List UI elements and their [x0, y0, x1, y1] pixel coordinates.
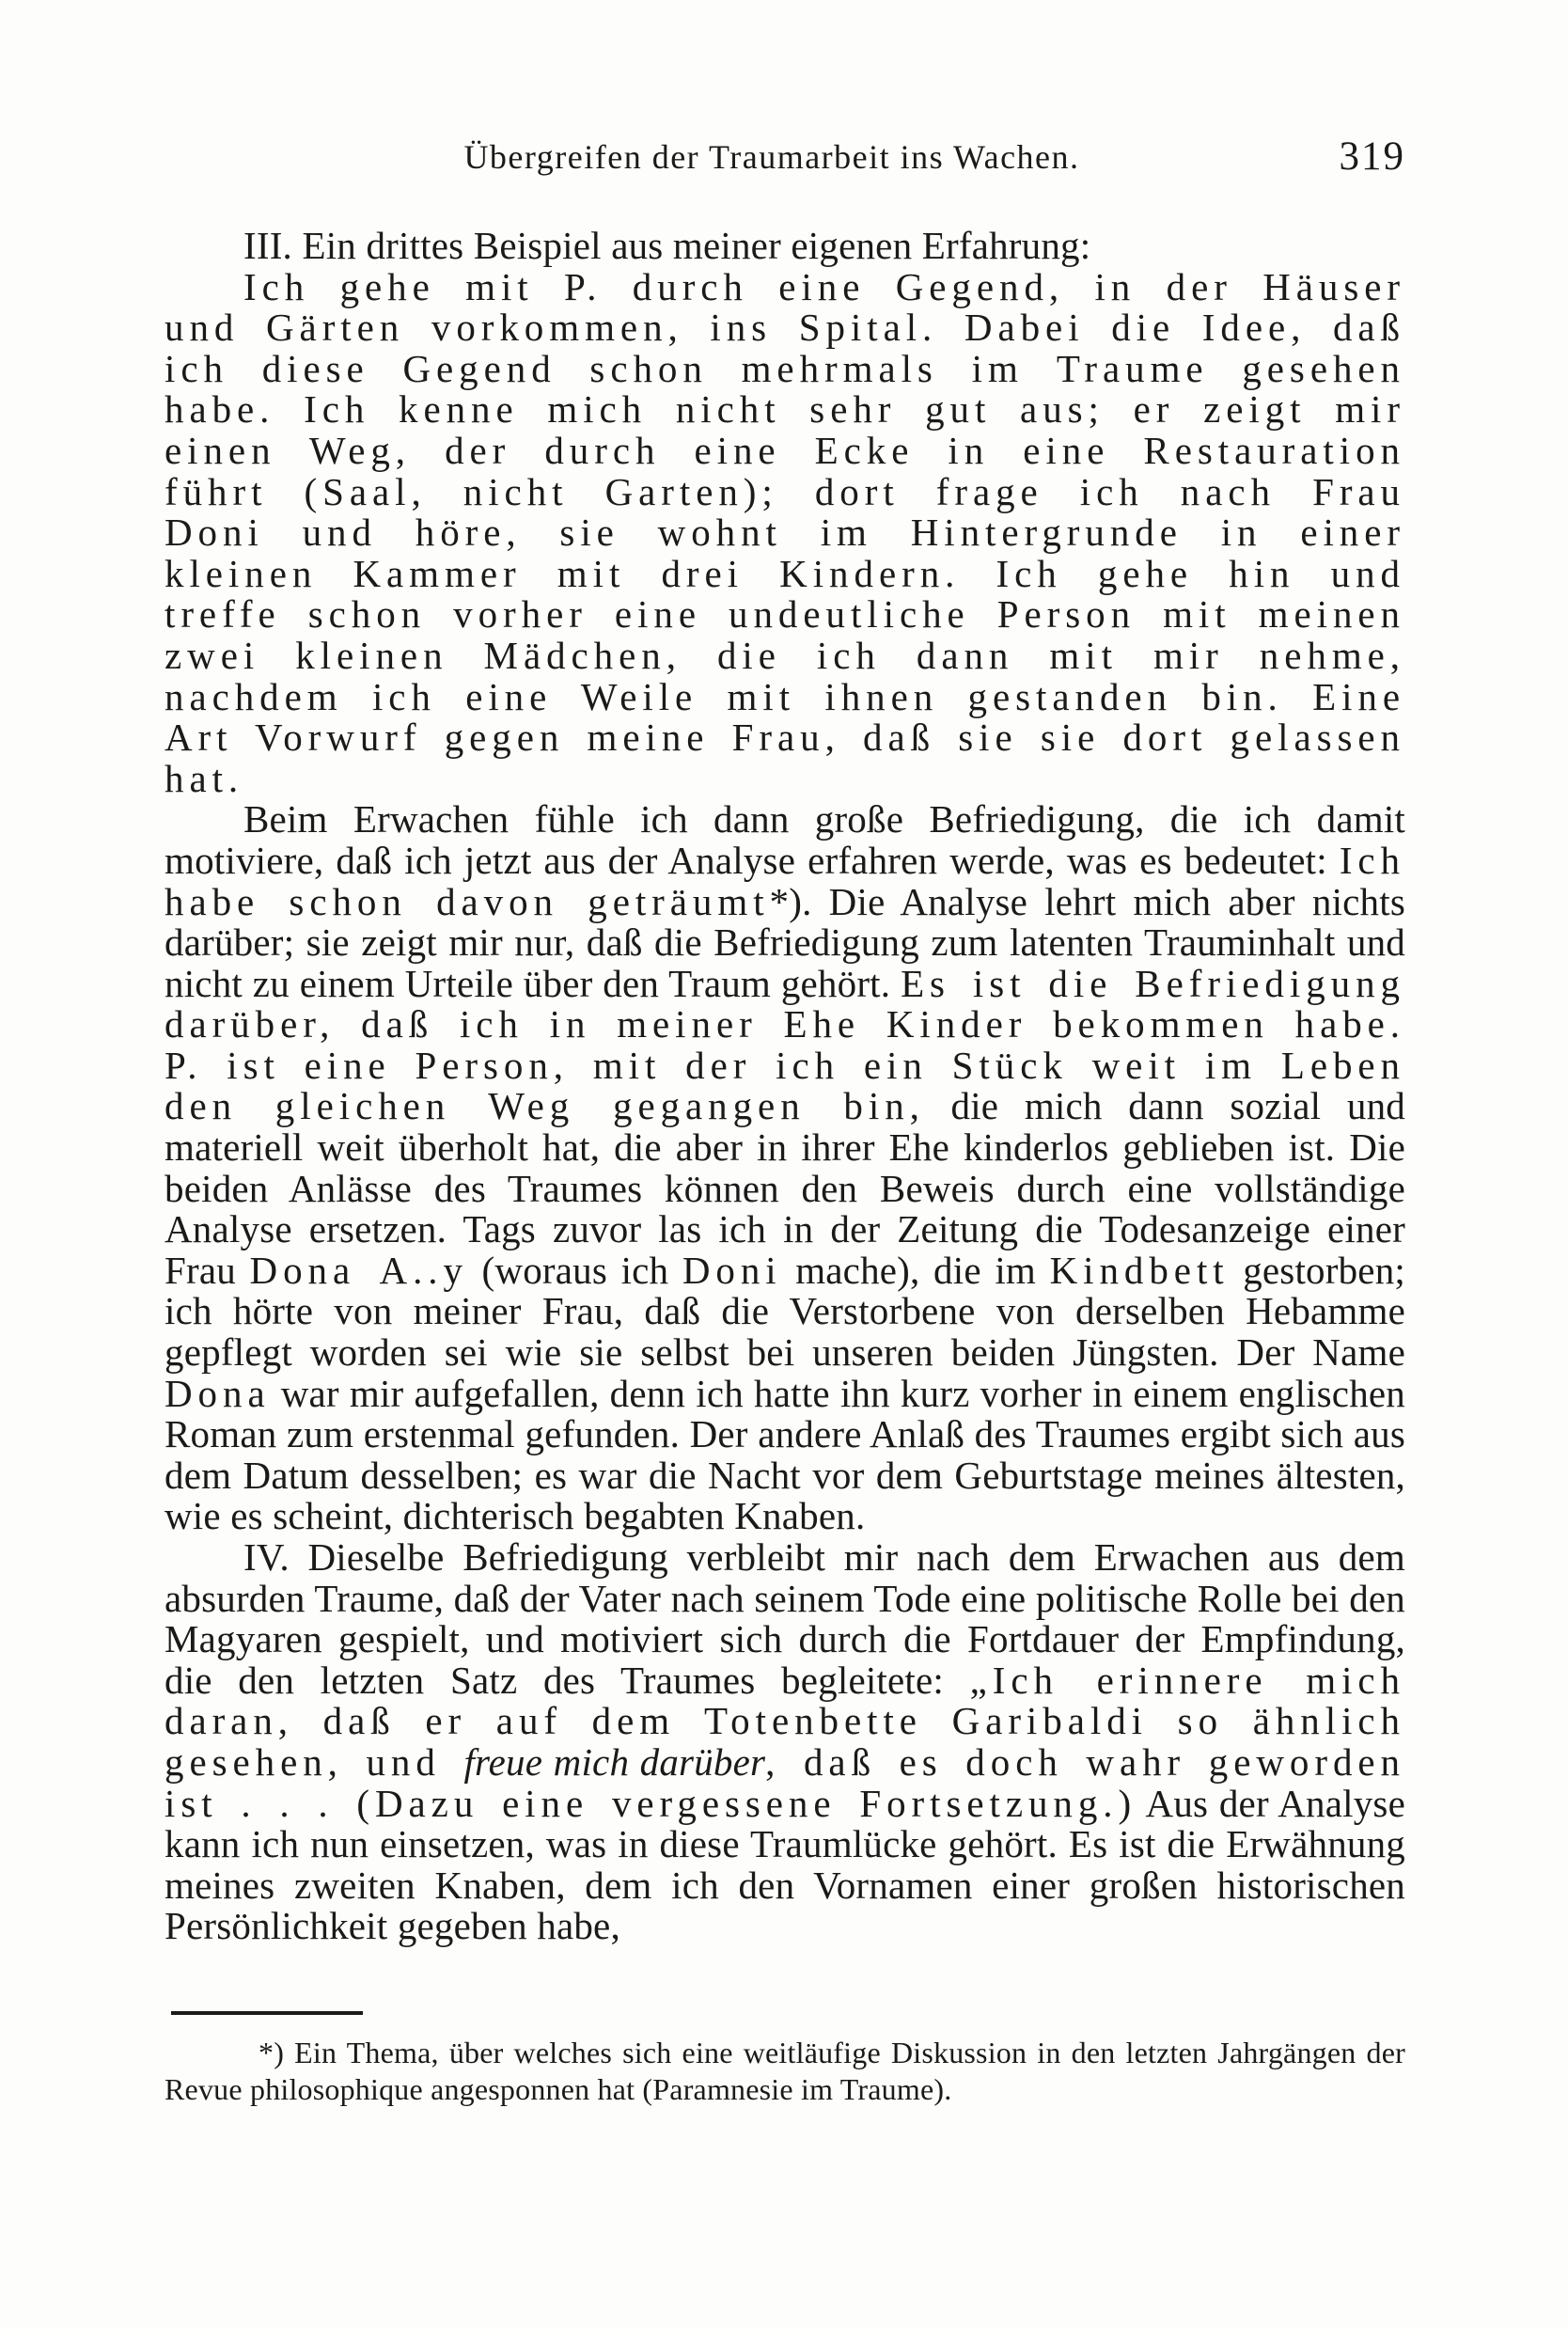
- footnote-area: *) Ein Thema, über welches sich eine wei…: [165, 2011, 1405, 2108]
- footnote-separator-rule: [171, 2011, 363, 2015]
- page-header: Übergreifen der Traumarbeit ins Wachen. …: [165, 137, 1405, 184]
- text-segment-italic: freue mich darüber: [463, 1740, 765, 1784]
- text-segment-normal: Beim Erwachen fühle ich dann große Befri…: [165, 797, 1405, 882]
- text-segment-spaced: Ich gehe mit P. durch eine Gegend, in de…: [165, 265, 1405, 800]
- paragraph-section-iii-heading: III. Ein drittes Beispiel aus meiner eig…: [165, 226, 1405, 267]
- text-segment-normal: III. Ein drittes Beispiel aus meiner eig…: [243, 224, 1090, 267]
- body-text: III. Ein drittes Beispiel aus meiner eig…: [165, 226, 1405, 1947]
- page-number: 319: [1340, 134, 1406, 180]
- text-segment-spaced: Doni: [682, 1249, 782, 1292]
- paragraph-analysis: Beim Erwachen fühle ich dann große Befri…: [165, 799, 1405, 1537]
- text-segment-normal: *) Ein Thema, über welches sich eine wei…: [165, 2036, 1405, 2106]
- paragraph-dream-report: Ich gehe mit P. durch eine Gegend, in de…: [165, 267, 1405, 800]
- text-segment-normal: war mir aufgefallen, denn ich hatte ihn …: [165, 1372, 1405, 1538]
- text-segment-spaced: Dona A..y: [250, 1249, 468, 1292]
- footnote-text: *) Ein Thema, über welches sich eine wei…: [165, 2035, 1405, 2108]
- text-segment-spaced: Kindbett: [1050, 1249, 1230, 1292]
- text-segment-normal: (woraus ich: [468, 1249, 682, 1292]
- running-title: Übergreifen der Traumarbeit ins Wachen.: [151, 137, 1392, 177]
- text-segment-spaced: Dona: [165, 1372, 271, 1415]
- paragraph-section-iv: IV. Dieselbe Befriedigung verbleibt mir …: [165, 1537, 1405, 1947]
- text-segment-normal: mache), die im: [782, 1249, 1050, 1292]
- book-page: Übergreifen der Traumarbeit ins Wachen. …: [0, 0, 1568, 2328]
